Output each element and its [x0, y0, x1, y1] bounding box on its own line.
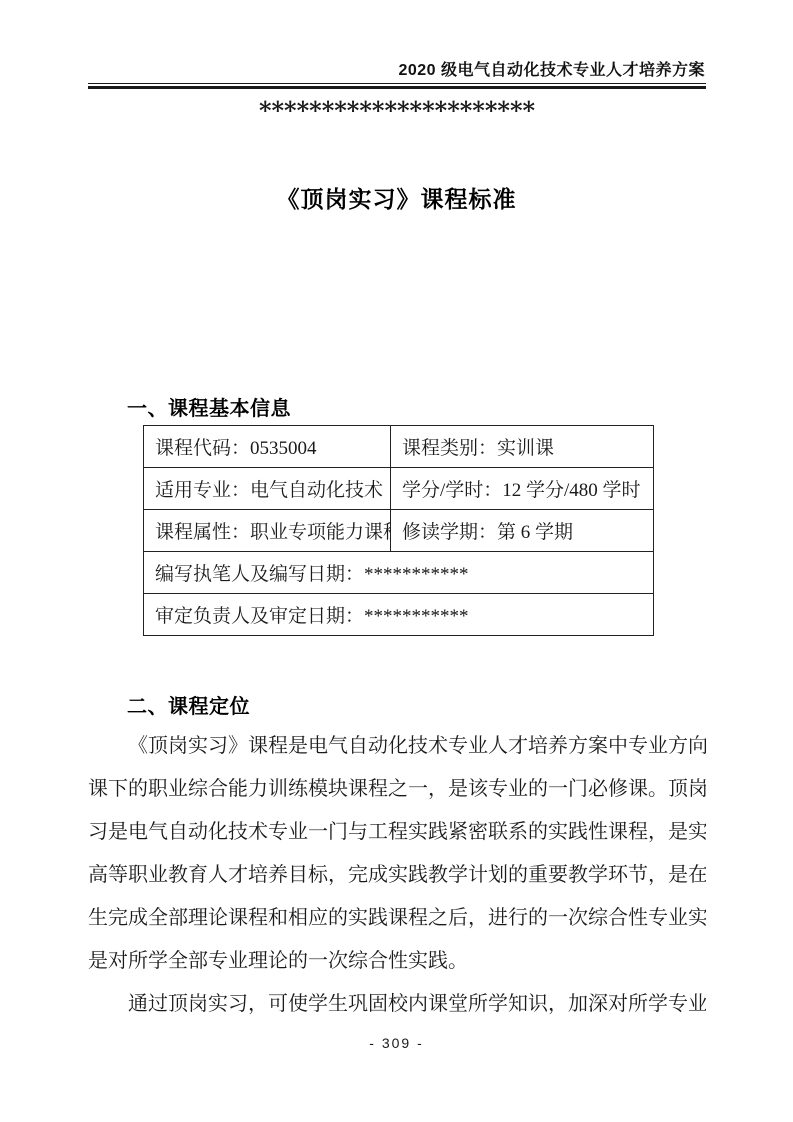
page-header-title: 2020 级电气自动化技术专业人才培养方案	[398, 57, 705, 80]
table-row: 课程代码：0535004 课程类别：实训课	[144, 426, 654, 468]
table-row: 课程属性：职业专项能力课程 修读学期：第 6 学期	[144, 510, 654, 552]
table-row: 编写执笔人及编写日期：***********	[144, 552, 654, 594]
header-divider-rule	[88, 83, 706, 89]
document-title: 《顶岗实习》课程标准	[0, 181, 793, 214]
cell-credits-hours: 学分/学时：12 学分/480 学时	[391, 468, 654, 510]
paragraph2-line1: 通过顶岗实习，可使学生巩固校内课堂所学知识，加深对所学专业理	[88, 989, 706, 1019]
cell-study-semester: 修读学期：第 6 学期	[391, 510, 654, 552]
table-row: 适用专业：电气自动化技术 学分/学时：12 学分/480 学时	[144, 468, 654, 510]
page-number: - 309 -	[0, 1035, 793, 1051]
cell-applicable-major: 适用专业：电气自动化技术	[144, 468, 391, 510]
cell-reviewer-date: 审定负责人及审定日期：***********	[144, 594, 654, 636]
asterisk-separator-line: **********************	[88, 97, 706, 125]
course-info-table: 课程代码：0535004 课程类别：实训课 适用专业：电气自动化技术 学分/学时…	[143, 425, 654, 636]
section-heading-basic-info: 一、课程基本信息	[127, 392, 291, 421]
cell-course-category: 课程类别：实训课	[391, 426, 654, 468]
cell-course-code: 课程代码：0535004	[144, 426, 391, 468]
paragraph1-line1: 《顶岗实习》课程是电气自动化技术专业人才培养方案中专业方向可	[88, 731, 706, 761]
cell-author-date: 编写执笔人及编写日期：***********	[144, 552, 654, 594]
document-page: 2020 级电气自动化技术专业人才培养方案 ******************…	[0, 0, 793, 1122]
paragraph1-line5: 生完成全部理论课程和相应的实践课程之后，进行的一次综合性专业实习，	[88, 903, 706, 933]
paragraph1-line3: 习是电气自动化技术专业一门与工程实践紧密联系的实践性课程，是实习	[88, 817, 706, 847]
section-heading-course-position: 二、课程定位	[127, 690, 250, 719]
paragraph1-line4: 高等职业教育人才培养目标，完成实践教学计划的重要教学环节，是在学	[88, 860, 706, 890]
paragraph1-line2: 课下的职业综合能力训练模块课程之一，是该专业的一门必修课。顶岗实	[88, 774, 706, 804]
cell-course-attribute: 课程属性：职业专项能力课程	[144, 510, 391, 552]
paragraph1-line6: 是对所学全部专业理论的一次综合性实践。	[88, 946, 706, 976]
table-row: 审定负责人及审定日期：***********	[144, 594, 654, 636]
